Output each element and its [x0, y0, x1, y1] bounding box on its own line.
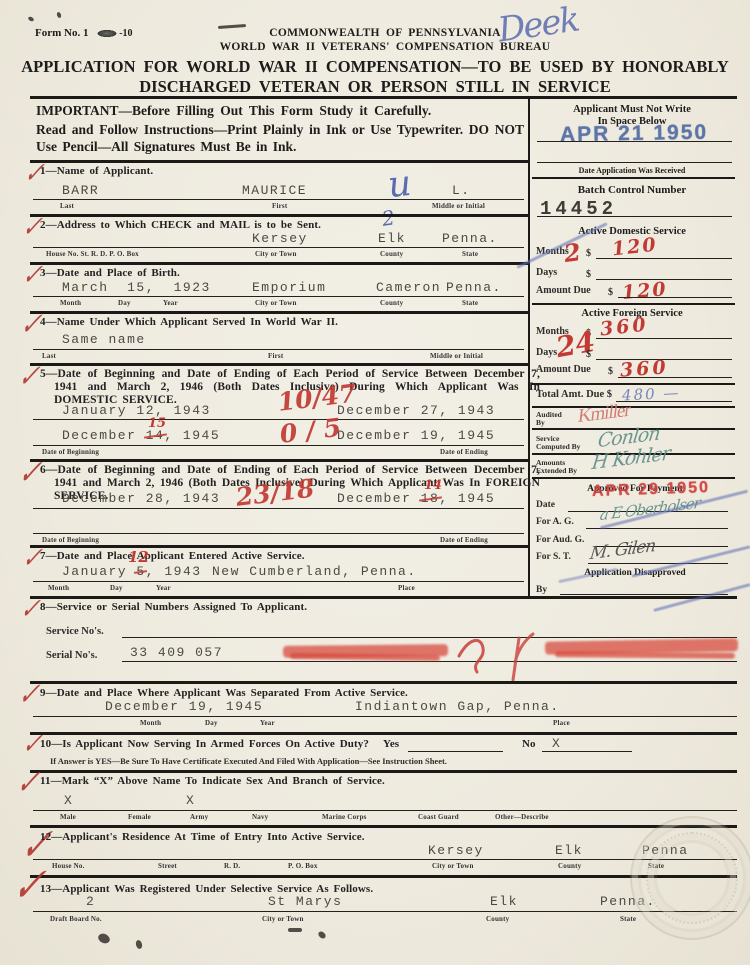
- sidebar-line: [586, 528, 728, 529]
- serial-nos-label: Serial No's.: [46, 650, 97, 661]
- field-label: Navy: [252, 813, 268, 821]
- for-st-signature: M. Gilen: [589, 536, 657, 564]
- domestic-end-2-value: December 19, 1945: [337, 428, 495, 443]
- mail-state-value: Penna.: [442, 231, 498, 246]
- blue-pencil-mark: 2: [380, 205, 396, 231]
- section-10-note: If Answer is YES—Be Sure To Have Certifi…: [50, 756, 447, 766]
- field-label: Month: [48, 584, 69, 592]
- for-aud-g-label: For Aud. G.: [536, 535, 584, 545]
- section-3-header: 3—Date and Place of Birth.: [40, 267, 180, 279]
- field-line: [33, 445, 524, 446]
- field-label: Last: [60, 202, 74, 210]
- field-label: P. O. Box: [288, 862, 318, 870]
- important-line-2: Read and Follow Instructions—Print Plain…: [36, 121, 524, 155]
- field-label: Month: [140, 719, 161, 727]
- section-4-header: 4—Name Under Which Applicant Served In W…: [40, 316, 338, 328]
- birth-city-value: Emporium: [252, 280, 326, 295]
- service-name-value: Same name: [62, 332, 146, 347]
- top-rule: [30, 96, 737, 99]
- sidebar-rule: [532, 383, 735, 385]
- red-correction: 14: [424, 478, 442, 493]
- domestic-amount-due-value: 120: [621, 278, 668, 304]
- mail-county-value: Elk: [378, 231, 406, 246]
- field-line: [33, 533, 524, 534]
- section-rule: [30, 214, 528, 217]
- section-rule: [30, 596, 737, 599]
- field-label: Year: [260, 719, 275, 727]
- yes-label: Yes: [383, 738, 399, 750]
- red-scribble-loop: [455, 628, 545, 688]
- domestic-end-1-value: December 27, 1943: [337, 403, 495, 418]
- residence-county-value: Elk: [555, 843, 583, 858]
- sidebar-line: [616, 401, 732, 402]
- section-9-header: 9—Date and Place Where Applicant Was Sep…: [40, 687, 408, 699]
- struck-day: 18: [421, 491, 440, 506]
- section-rule: [30, 459, 528, 462]
- domestic-begin-1-value: January 12, 1943: [62, 403, 211, 418]
- field-label: Month: [60, 299, 81, 307]
- serial-number-value: 33 409 057: [130, 645, 223, 660]
- section-rule: [30, 262, 528, 265]
- field-label: Date of Ending: [440, 448, 488, 456]
- field-label: Marine Corps: [322, 813, 367, 821]
- scanned-form-page: Form No. 1 -10 COMMONWEALTH OF PENNSYLVA…: [0, 0, 750, 965]
- field-line: [33, 859, 737, 860]
- field-label: Day: [110, 584, 123, 592]
- section-2-header: 2—Address to Which CHECK and MAIL is to …: [40, 219, 321, 231]
- field-label: Middle or Initial: [432, 202, 485, 210]
- section-7-header: 7—Date and Place Applicant Entered Activ…: [40, 550, 305, 562]
- field-label: Place: [553, 719, 570, 727]
- field-label: County: [558, 862, 581, 870]
- foreign-months-amount: 360: [599, 314, 650, 341]
- ink-smudge: [288, 928, 302, 932]
- field-line: [33, 581, 524, 582]
- dollar-sign: $: [586, 248, 591, 259]
- field-line: [33, 911, 737, 912]
- field-label: State: [462, 250, 478, 258]
- field-label: Year: [163, 299, 178, 307]
- field-line: [33, 296, 524, 297]
- red-annotation-fraction: 0 / 5: [278, 413, 342, 449]
- field-label: Date of Ending: [440, 536, 488, 544]
- army-mark-value: X: [186, 793, 195, 808]
- field-label: County: [380, 250, 403, 258]
- dollar-sign: $: [608, 366, 613, 377]
- section-rule: [30, 363, 528, 366]
- text: January: [62, 564, 136, 579]
- text: December: [337, 491, 421, 506]
- selective-county-value: Elk: [490, 894, 518, 909]
- text: December: [62, 428, 146, 443]
- form-title-line-2: DISCHARGED VETERAN OR PERSON STILL IN SE…: [10, 77, 740, 97]
- checkmark-icon: ✓: [16, 362, 41, 393]
- field-line: [33, 199, 524, 200]
- sidebar-line: [537, 141, 732, 142]
- field-label: Day: [118, 299, 131, 307]
- days-label: Days: [536, 267, 557, 278]
- birth-county-value: Cameron: [376, 280, 441, 295]
- red-scribble: [555, 651, 735, 659]
- service-computed-by-label: Service Computed By: [536, 435, 580, 451]
- foreign-end-value: December 18, 1945: [337, 491, 495, 506]
- field-label: Female: [128, 813, 151, 821]
- field-label: Date of Beginning: [42, 536, 99, 544]
- entered-service-place-value: New Cumberland, Penna.: [212, 564, 417, 579]
- field-line: [122, 661, 737, 662]
- sidebar-line: [537, 162, 732, 163]
- for-ag-label: For A. G.: [536, 517, 574, 527]
- ink-smudge: [27, 16, 34, 22]
- section-rule: [30, 311, 528, 314]
- section-rule: [30, 681, 737, 684]
- field-label: City or Town: [262, 915, 304, 923]
- separation-date-value: December 19, 1945: [105, 699, 263, 714]
- field-label: State: [620, 915, 636, 923]
- field-label: House No. St. R. D. P. O. Box: [46, 250, 139, 258]
- amount-due-label: Amount Due: [536, 364, 591, 375]
- field-label: Other—Describe: [495, 813, 549, 821]
- section-rule: [30, 545, 528, 548]
- date-label: Date: [536, 500, 555, 510]
- column-divider: [528, 96, 530, 597]
- field-label: Date of Beginning: [42, 448, 99, 456]
- important-line-1: IMPORTANT—Before Filling Out This Form S…: [36, 103, 522, 119]
- batch-control-label: Batch Control Number: [532, 184, 732, 196]
- mail-city-value: Kersey: [252, 231, 308, 246]
- field-label: City or Town: [255, 250, 297, 258]
- total-amount-label: Total Amt. Due $: [536, 389, 612, 400]
- domestic-months-amount: 120: [611, 234, 659, 261]
- foreign-begin-value: December 28, 1943: [62, 491, 220, 506]
- field-label: Army: [190, 813, 208, 821]
- domestic-begin-2-value: December 14, 1945: [62, 428, 220, 443]
- sidebar-line: [618, 297, 732, 298]
- field-label: Day: [205, 719, 218, 727]
- red-correction: 15: [148, 416, 166, 431]
- section-rule: [30, 825, 737, 828]
- red-scribble: [290, 653, 440, 661]
- section-rule: [30, 732, 737, 735]
- field-line: [33, 349, 524, 350]
- ink-smudge: [56, 11, 62, 18]
- no-label: No: [522, 738, 536, 750]
- field-label: First: [272, 202, 287, 210]
- section-8-header: 8—Service or Serial Numbers Assigned To …: [40, 601, 307, 613]
- amounts-extended-by-label: Amounts Extended By: [536, 459, 577, 475]
- applicant-last-name-value: BARR: [62, 183, 99, 198]
- amount-due-label: Amount Due: [536, 285, 591, 296]
- field-label: House No.: [52, 862, 85, 870]
- ink-smudge: [317, 930, 327, 940]
- field-line: [122, 637, 737, 638]
- sidebar-line: [588, 563, 728, 564]
- section-12-header: 12—Applicant's Residence At Time of Entr…: [40, 831, 365, 843]
- draft-board-value: 2: [86, 894, 95, 909]
- blue-pencil-mark: u: [386, 163, 413, 206]
- ink-smudge: [97, 932, 112, 945]
- embossed-seal-inner: [646, 832, 738, 924]
- bureau-line-1: COMMONWEALTH OF PENNSYLVANIA: [20, 27, 750, 39]
- sidebar-line: [618, 377, 732, 378]
- struck-day: 5: [136, 564, 145, 579]
- section-11-header: 11—Mark “X” Above Name To Indicate Sex A…: [40, 775, 385, 787]
- service-nos-label: Service No's.: [46, 626, 104, 637]
- applicant-middle-initial-value: L.: [452, 183, 471, 198]
- section-10-header: 10—Is Applicant Now Serving In Armed For…: [40, 738, 369, 750]
- no-answer-value: X: [552, 736, 561, 751]
- sidebar-line: [537, 216, 732, 217]
- field-label: First: [268, 352, 283, 360]
- field-line: [33, 508, 524, 509]
- checkmark-icon: ✓: [16, 680, 41, 711]
- for-st-label: For S. T.: [536, 552, 571, 562]
- field-label: County: [380, 299, 403, 307]
- field-label: City or Town: [255, 299, 297, 307]
- field-label: Coast Guard: [418, 813, 459, 821]
- text: , 1945: [439, 491, 495, 506]
- dollar-sign: $: [608, 287, 613, 298]
- sidebar-line: [596, 258, 732, 259]
- date-received-label: Date Application Was Received: [532, 166, 732, 175]
- text: , 1945: [164, 428, 220, 443]
- checkmark-icon: ✓: [14, 767, 41, 800]
- field-label: Street: [158, 862, 177, 870]
- yes-line: [408, 751, 503, 752]
- sidebar-rule: [532, 177, 735, 179]
- by-label: By: [536, 585, 547, 595]
- sidebar-rule: [532, 303, 735, 305]
- dollar-sign: $: [586, 349, 591, 360]
- male-mark-value: X: [64, 793, 73, 808]
- field-label: State: [462, 299, 478, 307]
- field-label: Year: [156, 584, 171, 592]
- field-label: County: [486, 915, 509, 923]
- field-line: [33, 247, 524, 248]
- bureau-line-2: WORLD WAR II VETERANS' COMPENSATION BURE…: [20, 41, 750, 53]
- date-received-stamp: APR 21 1950: [560, 121, 708, 148]
- section-rule: [30, 160, 528, 163]
- selective-city-value: St Marys: [268, 894, 342, 909]
- applicant-first-name-value: MAURICE: [242, 183, 307, 198]
- field-label: Middle or Initial: [430, 352, 483, 360]
- section-rule: [30, 770, 737, 773]
- ink-smudge: [135, 939, 143, 949]
- section-1-header: 1—Name of Applicant.: [40, 165, 153, 177]
- field-label: R. D.: [224, 862, 240, 870]
- text: , 1943: [146, 564, 202, 579]
- sidebar-rule: [532, 406, 735, 408]
- audited-by-signature: Kmiller: [577, 399, 631, 428]
- birth-date-value: March 15, 1923: [62, 280, 211, 295]
- field-line: [33, 716, 737, 717]
- birth-state-value: Penna.: [446, 280, 502, 295]
- sidebar-notice-line-1: Applicant Must Not Write: [532, 104, 732, 115]
- field-label: Draft Board No.: [50, 915, 102, 923]
- no-line: [542, 751, 632, 752]
- checkmark-icon: ✓: [18, 596, 41, 624]
- days-label: Days: [536, 347, 557, 358]
- sidebar-line: [596, 338, 732, 339]
- field-label: Place: [398, 584, 415, 592]
- residence-city-value: Kersey: [428, 843, 484, 858]
- field-label: Male: [60, 813, 76, 821]
- dollar-sign: $: [586, 269, 591, 280]
- form-title-line-1: APPLICATION FOR WORLD WAR II COMPENSATIO…: [10, 57, 740, 77]
- separation-place-value: Indiantown Gap, Penna.: [355, 699, 560, 714]
- audited-by-label: Audited By: [536, 411, 562, 427]
- red-correction: 12: [128, 548, 149, 566]
- entered-service-date-value: January 5, 1943: [62, 564, 202, 579]
- field-label: Last: [42, 352, 56, 360]
- field-line: [33, 810, 737, 811]
- field-label: City or Town: [432, 862, 474, 870]
